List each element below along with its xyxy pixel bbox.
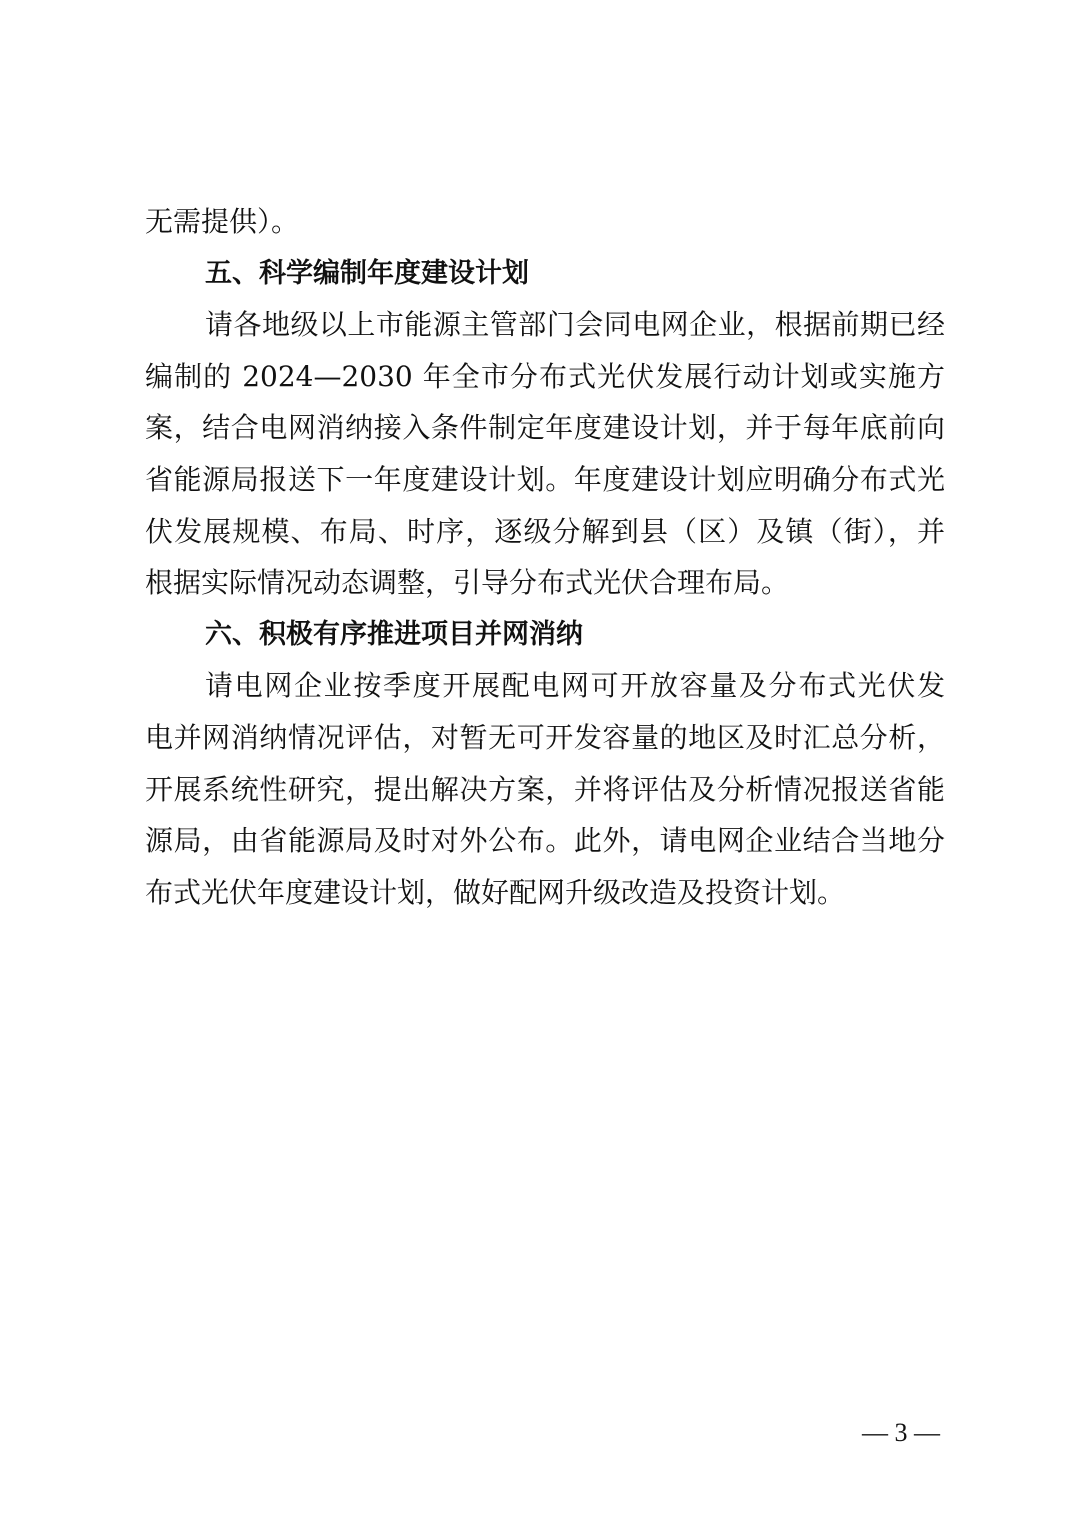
paragraph-line: 布式光伏年度建设计划，做好配网升级改造及投资计划。 xyxy=(145,867,945,919)
paragraph-line: 伏发展规模、布局、时序，逐级分解到县（区）及镇（街），并 xyxy=(145,506,945,558)
paragraph-line: 根据实际情况动态调整，引导分布式光伏合理布局。 xyxy=(145,557,945,609)
section-heading-6: 六、积极有序推进项目并网消纳 xyxy=(145,609,945,661)
paragraph-line: 案，结合电网消纳接入条件制定年度建设计划，并于每年底前向 xyxy=(145,402,945,454)
paragraph-line: 电并网消纳情况评估，对暂无可开发容量的地区及时汇总分析， xyxy=(145,712,945,764)
section-heading-5: 五、科学编制年度建设计划 xyxy=(145,248,945,300)
paragraph-line: 请电网企业按季度开展配电网可开放容量及分布式光伏发 xyxy=(145,660,945,712)
paragraph-line: 编制的 2024—2030 年全市分布式光伏发展行动计划或实施方 xyxy=(145,351,945,403)
paragraph-line: 开展系统性研究，提出解决方案，并将评估及分析情况报送省能 xyxy=(145,764,945,816)
document-page: 无需提供）。 五、科学编制年度建设计划 请各地级以上市能源主管部门会同电网企业，… xyxy=(145,196,945,918)
page-number: — 3 — xyxy=(862,1418,940,1448)
paragraph-line: 源局，由省能源局及时对外公布。此外，请电网企业结合当地分 xyxy=(145,815,945,867)
continuation-line: 无需提供）。 xyxy=(145,196,945,248)
paragraph-line: 省能源局报送下一年度建设计划。年度建设计划应明确分布式光 xyxy=(145,454,945,506)
paragraph-line: 请各地级以上市能源主管部门会同电网企业，根据前期已经 xyxy=(145,299,945,351)
